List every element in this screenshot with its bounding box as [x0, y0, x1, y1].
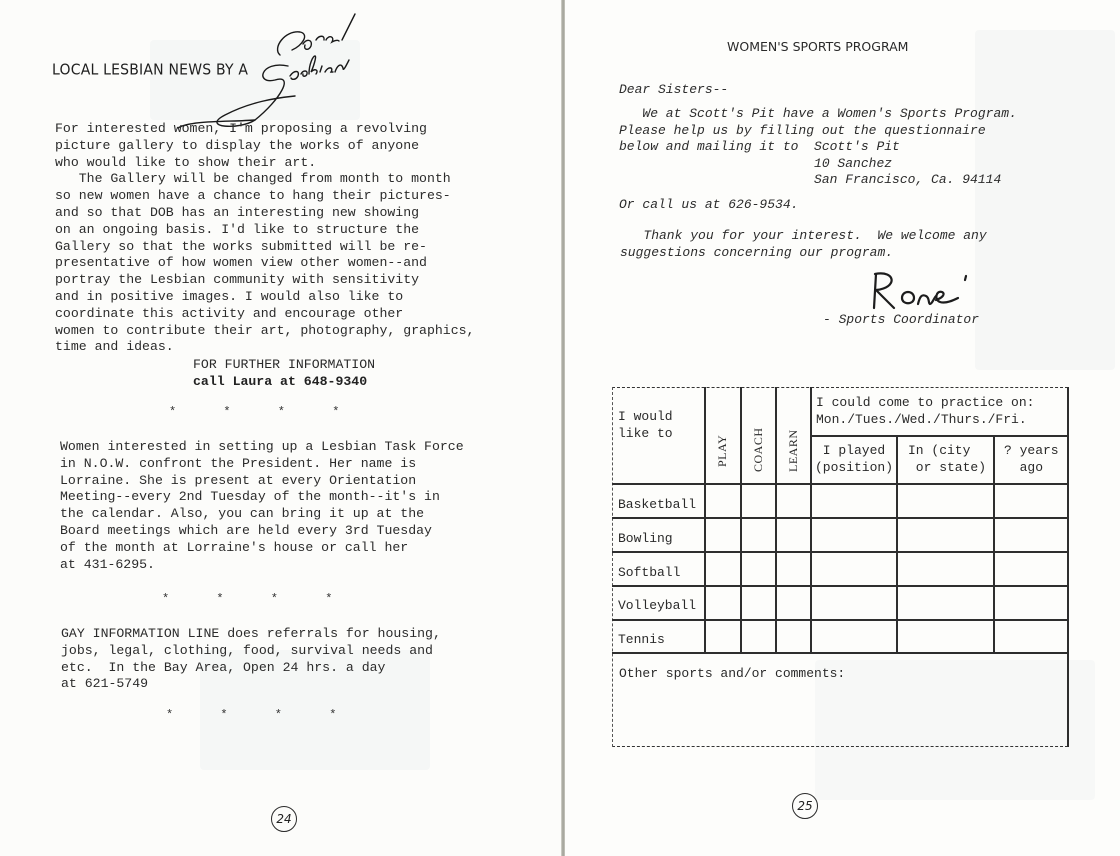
page-number: 25	[792, 793, 818, 819]
left-page: LOCAL LESBIAN NEWS BY A For interested w…	[0, 0, 563, 856]
handwritten-signature-local-lesbian	[160, 10, 370, 130]
form-border-bottom	[612, 746, 1068, 747]
column-header-location: In (city or state)	[908, 443, 986, 476]
info-line-paragraph: GAY INFORMATION LINE does referrals for …	[61, 626, 441, 693]
column-header-position: I played (position)	[811, 443, 897, 476]
column-header-learn: LEARN	[786, 430, 801, 473]
column-divider	[740, 387, 742, 653]
gallery-paragraph: For interested women, I'm proposing a re…	[55, 121, 474, 356]
column-header-years-ago: ? years ago	[1004, 443, 1059, 476]
row-divider	[612, 483, 1068, 485]
column-header-play: PLAY	[715, 435, 730, 467]
comments-area[interactable]	[613, 654, 1067, 746]
form-border-right	[1067, 387, 1069, 747]
task-force-paragraph: Women interested in setting up a Lesbian…	[60, 439, 464, 573]
further-info-label: FOR FURTHER INFORMATION	[193, 357, 375, 374]
column-divider	[810, 387, 812, 653]
sport-row-softball: Softball	[618, 565, 680, 582]
column-header-coach: COACH	[751, 427, 766, 472]
column-divider	[775, 387, 777, 653]
letter-body: We at Scott's Pit have a Women's Sports …	[619, 106, 1017, 189]
sport-row-basketball: Basketball	[618, 497, 696, 514]
row-divider	[612, 619, 1068, 621]
sport-row-volleyball: Volleyball	[618, 598, 696, 615]
practice-days-header: I could come to practice on: Mon./Tues./…	[816, 395, 1034, 428]
section-separator: * * * *	[162, 592, 352, 606]
thanks-paragraph: Thank you for your interest. We welcome …	[620, 228, 987, 261]
sports-questionnaire-form: I would like to PLAY COACH LEARN I could…	[612, 387, 1068, 747]
salutation: Dear Sisters--	[619, 82, 728, 99]
sport-row-bowling: Bowling	[618, 531, 673, 548]
row-header-label: I would like to	[618, 409, 673, 442]
signer-title: - Sports Coordinator	[823, 312, 979, 329]
handwritten-signature-rone	[866, 268, 976, 316]
sport-row-tennis: Tennis	[618, 632, 665, 649]
row-divider	[810, 435, 1068, 437]
section-separator: * * * *	[169, 405, 359, 419]
further-info-contact: call Laura at 648-9340	[193, 374, 367, 391]
page-number: 24	[271, 806, 297, 832]
bleed-through	[975, 30, 1115, 370]
row-divider	[612, 551, 1068, 553]
page-heading: WOMEN'S SPORTS PROGRAM	[727, 39, 908, 54]
section-separator: * * * *	[166, 708, 356, 722]
call-line: Or call us at 626-9534.	[619, 197, 798, 214]
row-divider	[612, 517, 1068, 519]
form-border-top	[612, 387, 1068, 388]
column-divider	[704, 387, 706, 653]
row-divider	[612, 585, 1068, 587]
